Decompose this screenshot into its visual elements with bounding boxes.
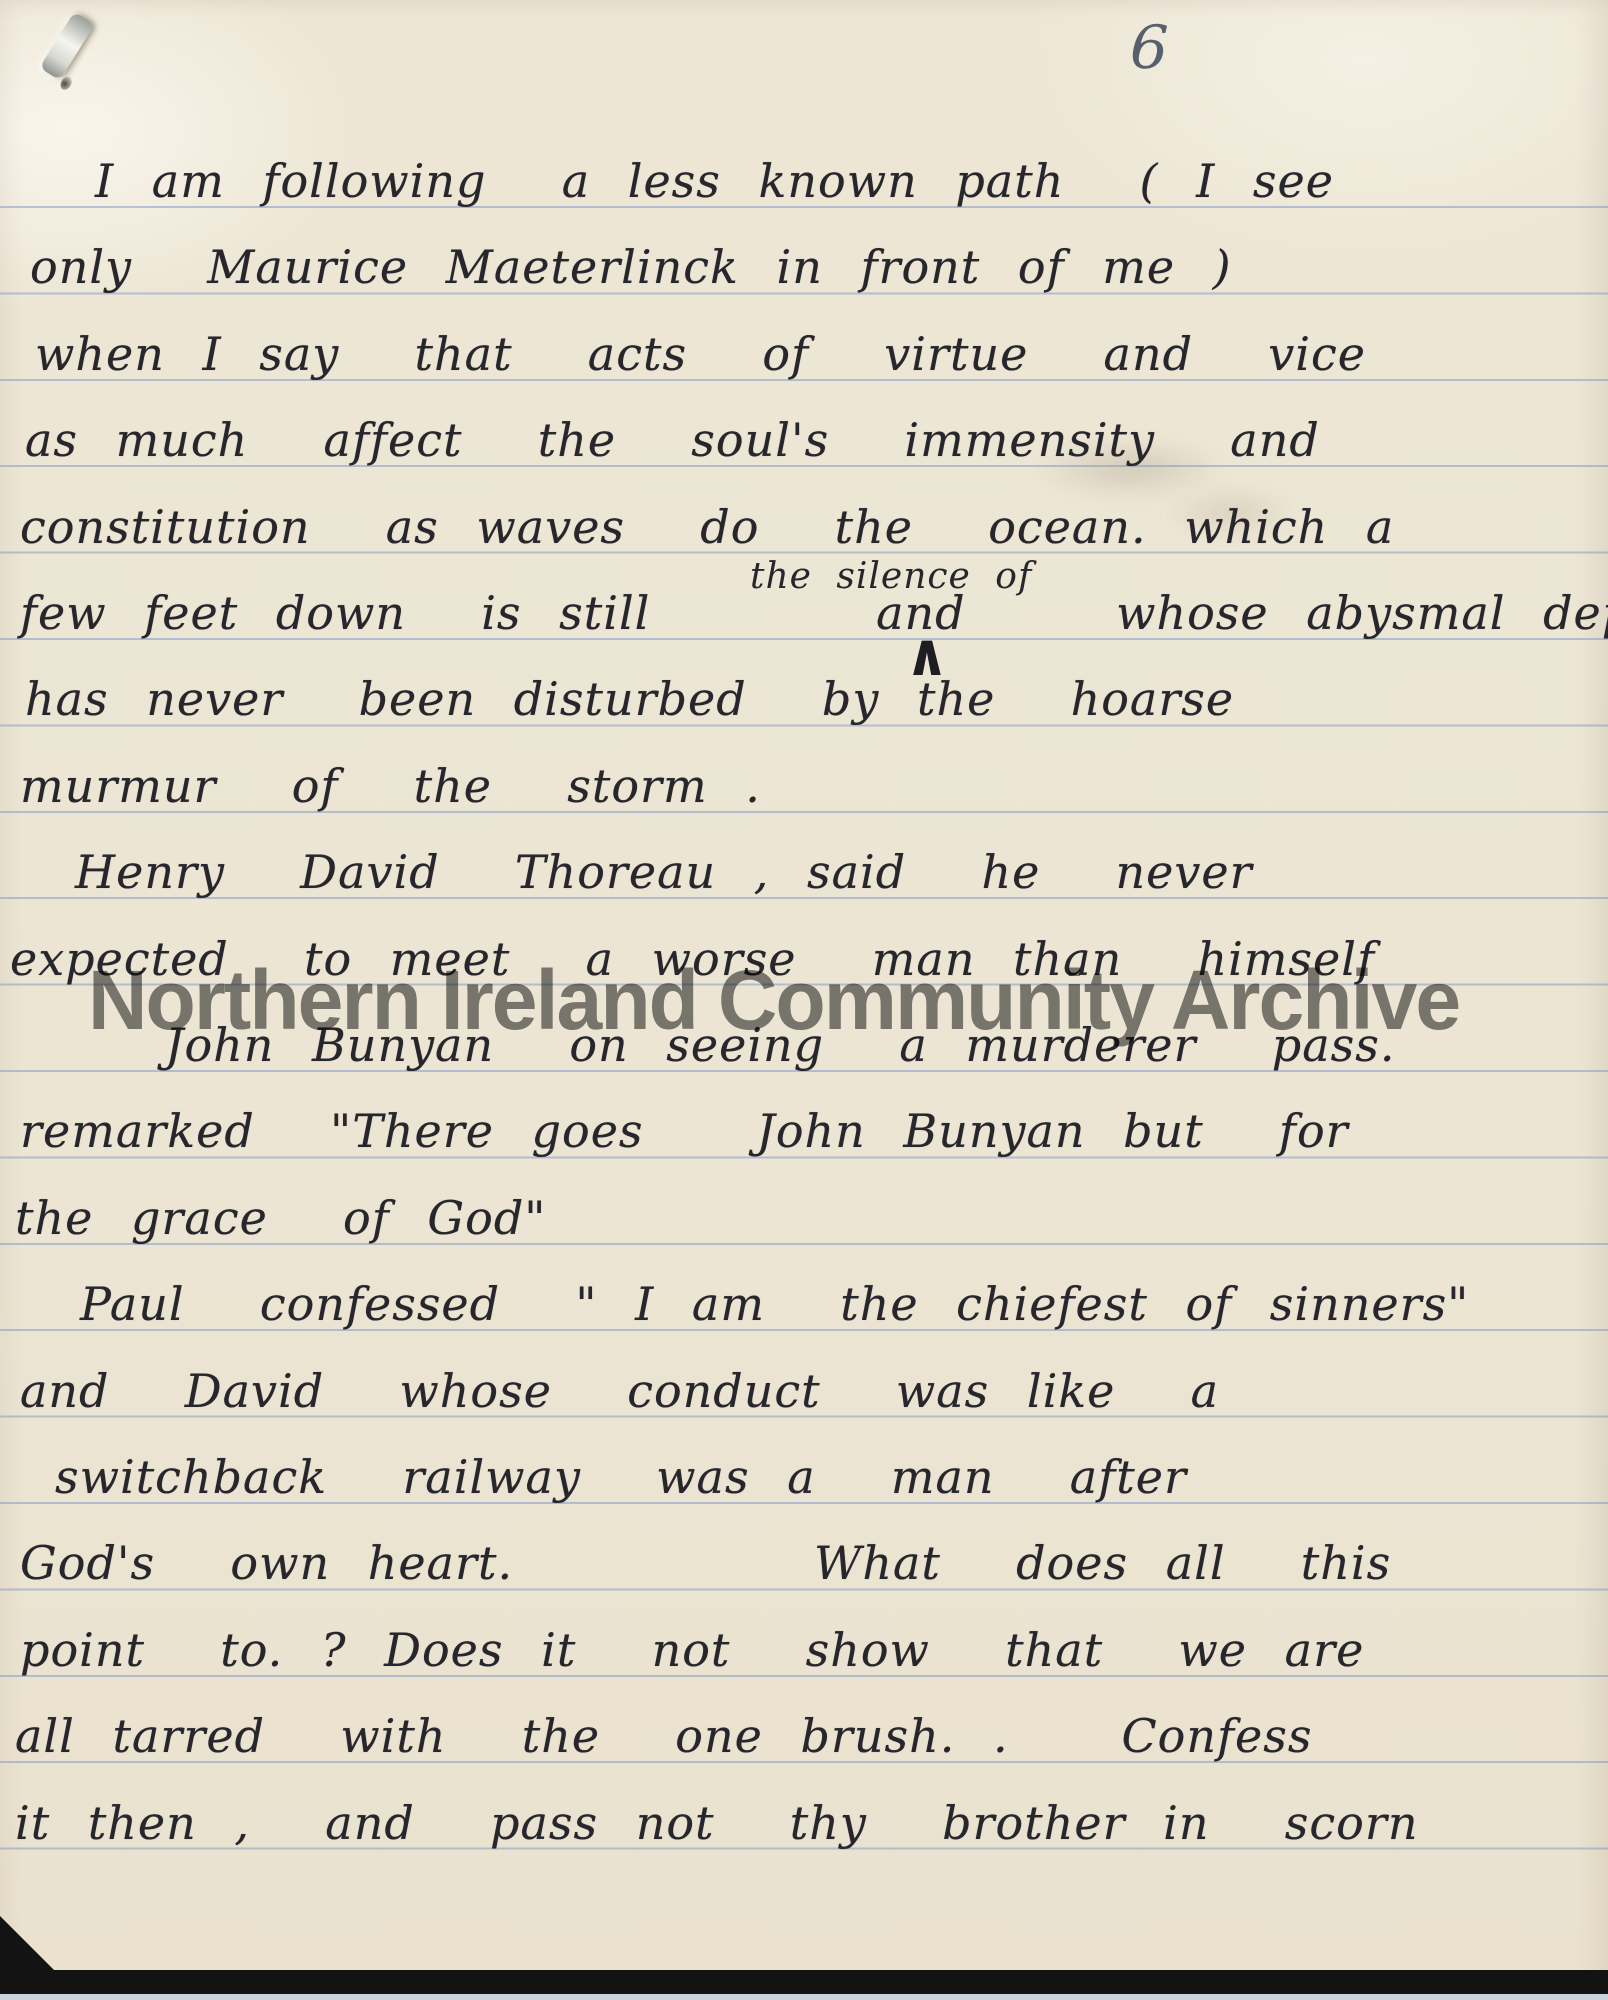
scan-edge-light-strip [0, 1994, 1608, 2000]
handwritten-line-5: constitution as waves do the ocean. whic… [20, 504, 1394, 550]
page-number: 6 [1129, 17, 1169, 78]
handwritten-line-18: point to. ? Does it not show that we are [20, 1627, 1364, 1673]
scanned-manuscript-page: 6 I am following a less known path ( I s… [0, 0, 1608, 2000]
handwritten-line-4: as much affect the soul's immensity and [25, 417, 1320, 463]
handwritten-line-20: it then , and pass not thy brother in sc… [15, 1800, 1418, 1846]
handwritten-line-9: Henry David Thoreau , said he never [75, 849, 1253, 895]
handwritten-line-8: murmur of the storm . [20, 763, 761, 809]
interlinear-insertion: the silence of [750, 556, 1032, 597]
handwritten-line-7: has never been disturbed by the hoarse [25, 676, 1234, 722]
handwritten-line-17: God's own heart. What does all this [20, 1540, 1391, 1586]
proofreader-caret-mark: ∧ [905, 625, 949, 684]
handwritten-line-19: all tarred with the one brush. . Confess [15, 1713, 1312, 1759]
handwritten-line-15: and David whose conduct was like a [20, 1368, 1219, 1414]
handwritten-line-1: I am following a less known path ( I see [95, 158, 1334, 204]
watermark-text: Northern Ireland Community Archive [88, 952, 1459, 1049]
staple-mark [39, 12, 94, 81]
handwritten-line-14: Paul confessed " I am the chiefest of si… [80, 1281, 1469, 1327]
handwritten-line-2: only Maurice Maeterlinck in front of me … [30, 244, 1232, 290]
handwritten-line-3: when I say that acts of virtue and vice [35, 331, 1366, 377]
handwritten-line-13: the grace of God" [15, 1195, 546, 1241]
handwritten-line-16: switchback railway was a man after [55, 1454, 1187, 1500]
scan-edge-corner [0, 1916, 58, 1974]
scan-edge-black-band [0, 1970, 1608, 1994]
handwritten-line-12: remarked "There goes John Bunyan but for [20, 1108, 1349, 1154]
